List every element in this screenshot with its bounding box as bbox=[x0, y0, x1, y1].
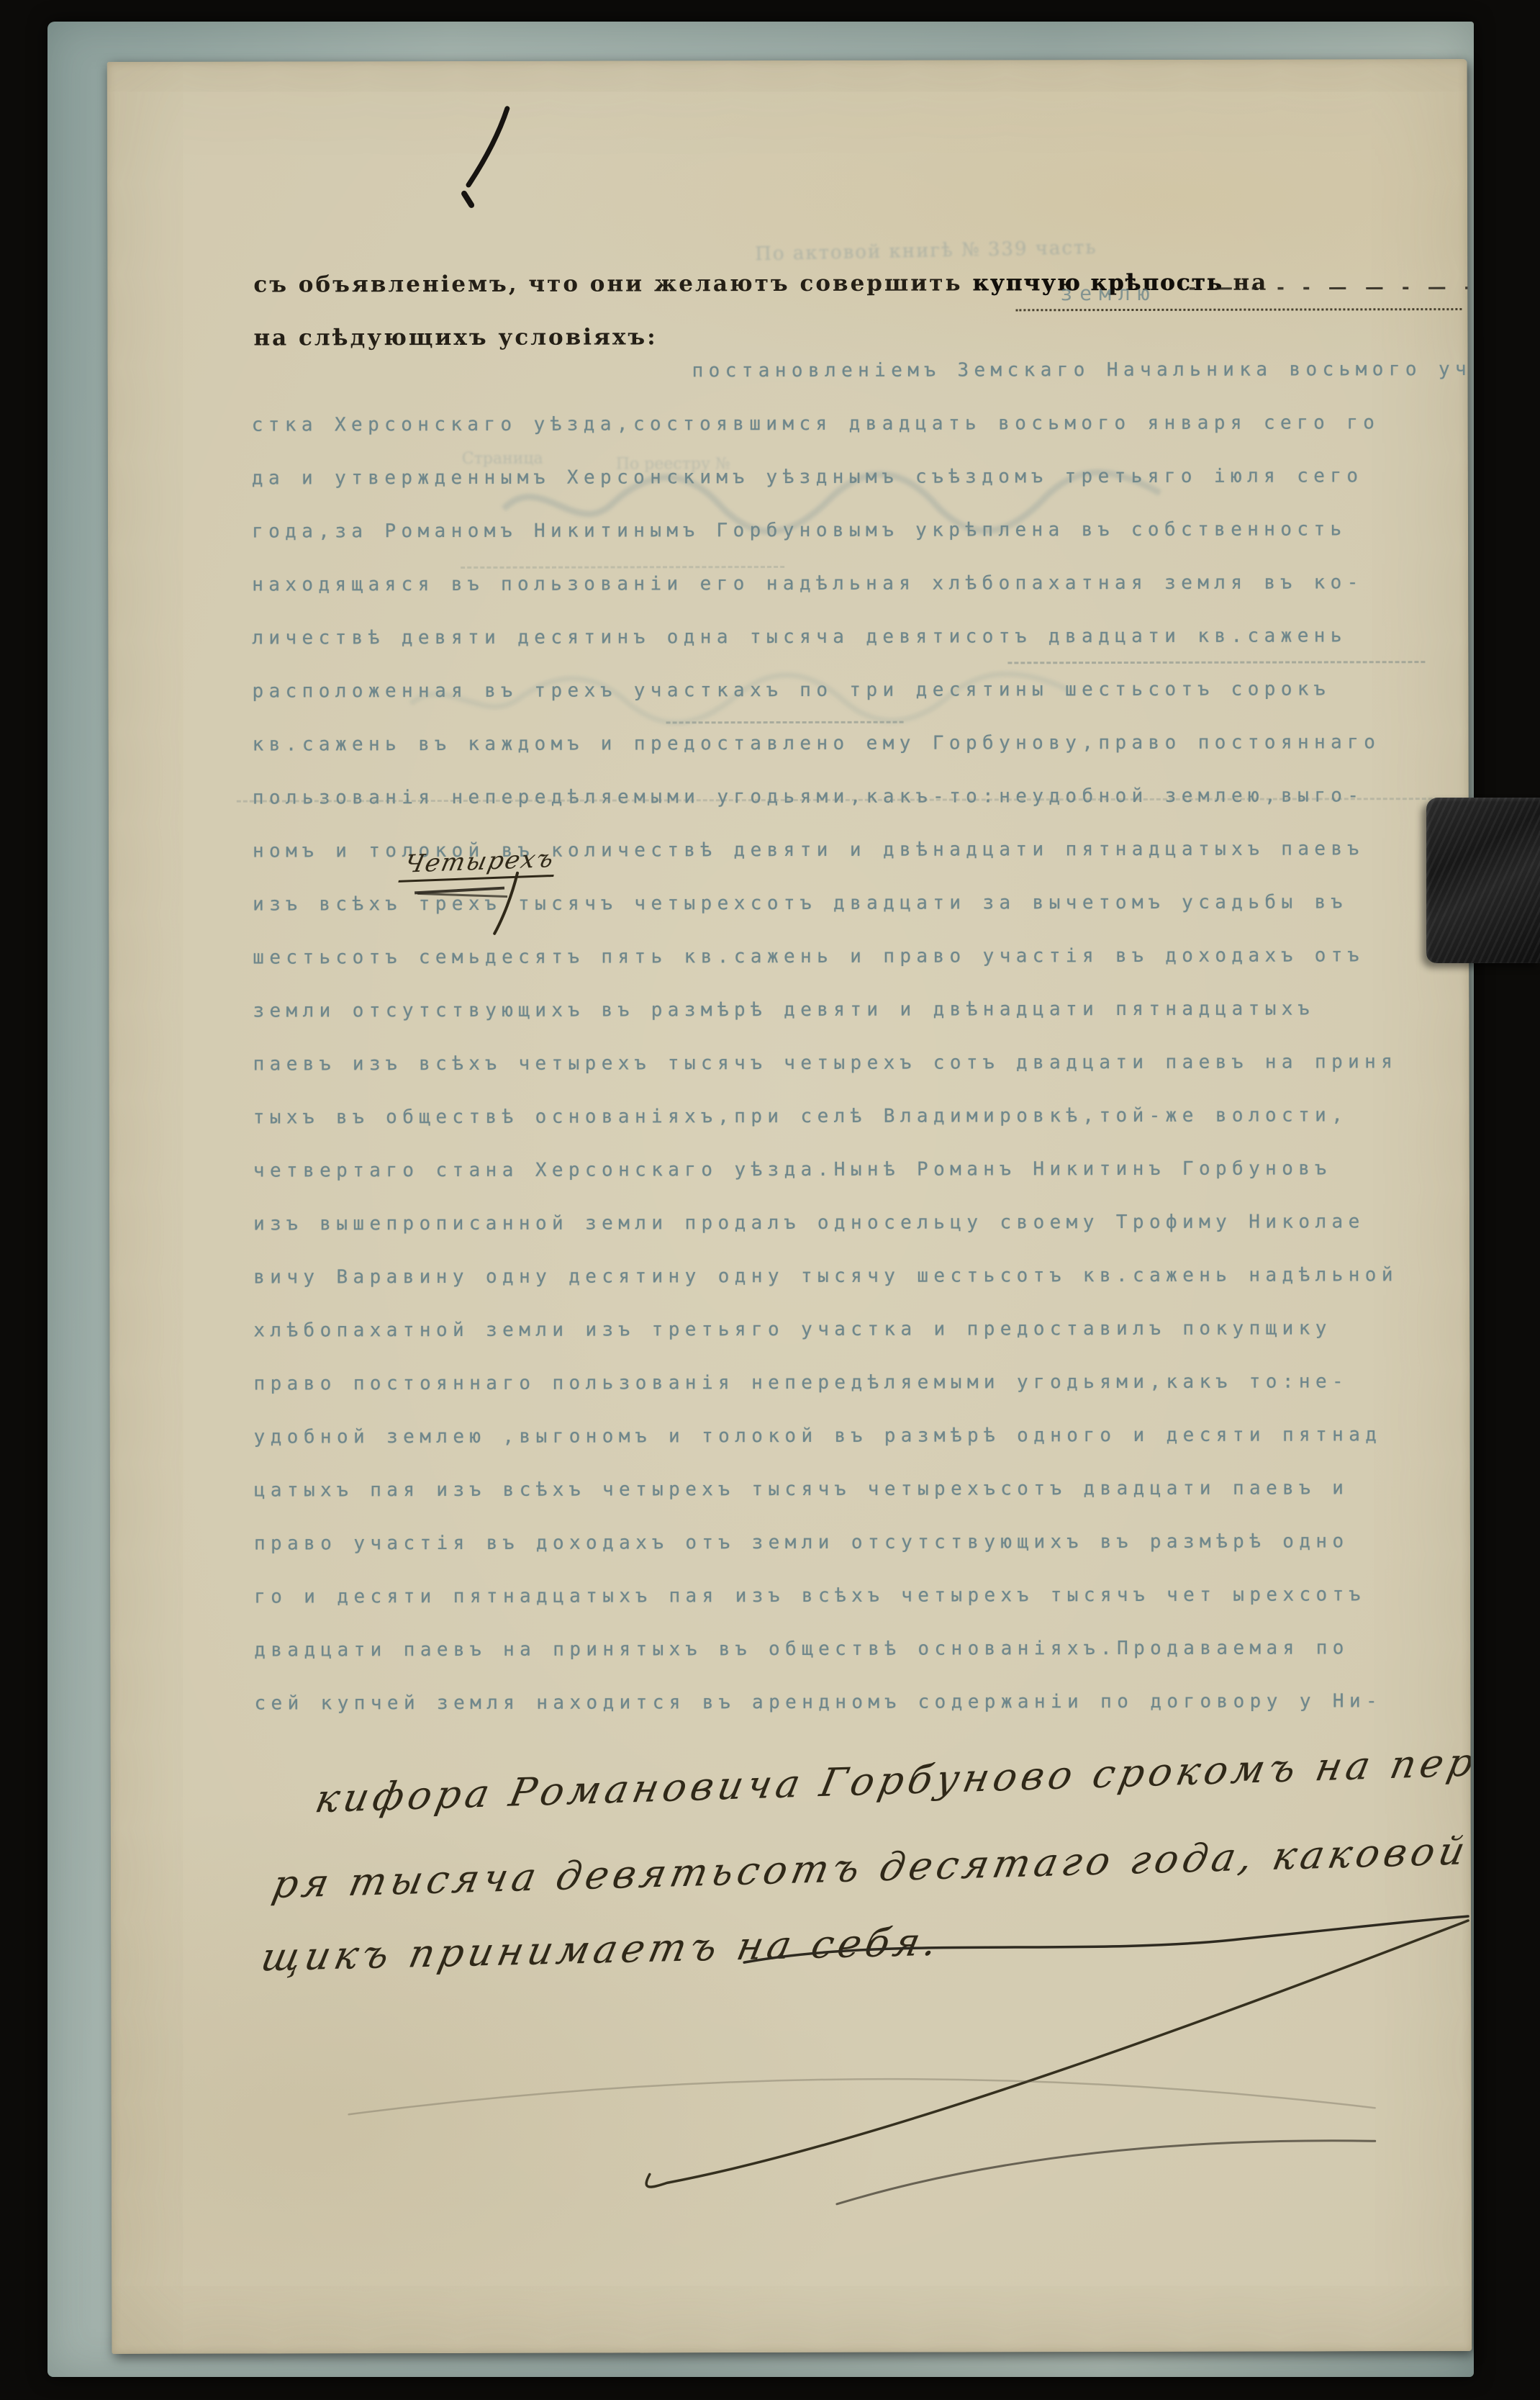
typed-line: кв.сажень въ каждомъ и предоставлено ему… bbox=[253, 716, 1470, 772]
typed-line: двадцати паевъ на принятыхъ въ обществѣ … bbox=[254, 1621, 1472, 1677]
typed-line: тыхъ въ обществѣ основаніяхъ,при селѣ Вл… bbox=[253, 1088, 1471, 1145]
typed-line: право постояннаго пользованія непередѣля… bbox=[253, 1355, 1471, 1411]
typed-line: шестьсотъ семьдесятъ пять кв.сажень и пр… bbox=[253, 929, 1470, 985]
archive-photo: По актовой книгѣ № 339 часть Страница По… bbox=[0, 0, 1540, 2400]
typed-line: находящаяся въ пользованіи его надѣльная… bbox=[252, 556, 1469, 612]
handwritten-line: ря тысяча девятьсотъ десятаго года, како… bbox=[268, 1817, 1472, 1907]
black-cloth-tab bbox=[1426, 798, 1540, 963]
ghost-text-act-book: По актовой книгѣ № 339 часть bbox=[755, 237, 1097, 265]
typed-line: цатыхъ пая изъ всѣхъ четырехъ тысячъ чет… bbox=[254, 1461, 1472, 1517]
pen-arc bbox=[837, 2141, 1375, 2204]
handwritten-correction: Четырехъ bbox=[398, 844, 560, 883]
typed-line: изъ вышепрописанной земли продалъ односе… bbox=[253, 1195, 1471, 1251]
typed-line: личествѣ девяти десятинъ одна тысяча дев… bbox=[252, 609, 1469, 665]
ink-mark-dot bbox=[464, 194, 471, 205]
printed-line1-pre: съ объявленіемъ, что они желаютъ соверши… bbox=[253, 270, 962, 297]
struck-word: трехъ bbox=[419, 878, 502, 931]
typed-segment: тысячъ четырехсотъ двадцати за вычетомъ … bbox=[502, 891, 1348, 914]
typed-segment: изъ всѣхъ bbox=[253, 893, 419, 915]
typed-line: расположенная въ трехъ участкахъ по три … bbox=[252, 662, 1469, 718]
fill-in-rule: землю - — - - - — — - — - - — bbox=[1015, 275, 1462, 311]
typed-line: удобной землею ,выгономъ и толокой въ ра… bbox=[254, 1408, 1472, 1464]
typed-line: года,за Романомъ Никитинымъ Горбуновымъ … bbox=[252, 502, 1469, 559]
typed-line: стка Херсонскаго уѣзда,состоявшимся двад… bbox=[252, 396, 1469, 452]
typed-line: да и утвержденнымъ Херсонскимъ уѣзднымъ … bbox=[252, 449, 1469, 505]
pencil-arc bbox=[349, 2078, 1375, 2115]
typed-line: го и десяти пятнадцатыхъ пая изъ всѣхъ ч… bbox=[254, 1568, 1472, 1624]
typed-line: паевъ изъ всѣхъ четырехъ тысячъ четырехъ… bbox=[253, 1035, 1471, 1091]
handwritten-line: щикъ принимаетъ на себя. bbox=[257, 1919, 945, 1980]
typed-line: вичу Варавину одну десятину одну тысячу … bbox=[253, 1248, 1471, 1304]
typed-line: изъ всѣхъ трехъ тысячъ четырехсотъ двадц… bbox=[253, 875, 1470, 931]
typed-line: пользованія непередѣляемыми угодьями,как… bbox=[253, 769, 1470, 825]
handwritten-line: кифора Романовича Горбуново срокомъ на п… bbox=[312, 1730, 1472, 1821]
typed-line: постановленіемъ Земскаго Начальника вось… bbox=[251, 343, 1469, 399]
typed-line: четвертаго стана Херсонскаго уѣзда.Нынѣ … bbox=[253, 1142, 1471, 1198]
ink-mark bbox=[468, 109, 507, 185]
document-page: По актовой книгѣ № 339 часть Страница По… bbox=[107, 59, 1472, 2354]
fill-in-dashes: - — - - - — — - — - - — bbox=[1188, 276, 1472, 299]
typed-line: право участія въ доходахъ отъ земли отсу… bbox=[254, 1515, 1472, 1571]
typed-body: постановленіемъ Земскаго Начальника вось… bbox=[251, 343, 1472, 1731]
typed-line: сей купчей земля находится въ арендномъ … bbox=[254, 1674, 1472, 1731]
typed-line: земли отсутствующихъ въ размѣрѣ девяти и… bbox=[253, 982, 1470, 1038]
fill-in-word: землю bbox=[1060, 281, 1156, 305]
typed-line: хлѣбопахатной земли изъ третьяго участка… bbox=[253, 1301, 1471, 1358]
